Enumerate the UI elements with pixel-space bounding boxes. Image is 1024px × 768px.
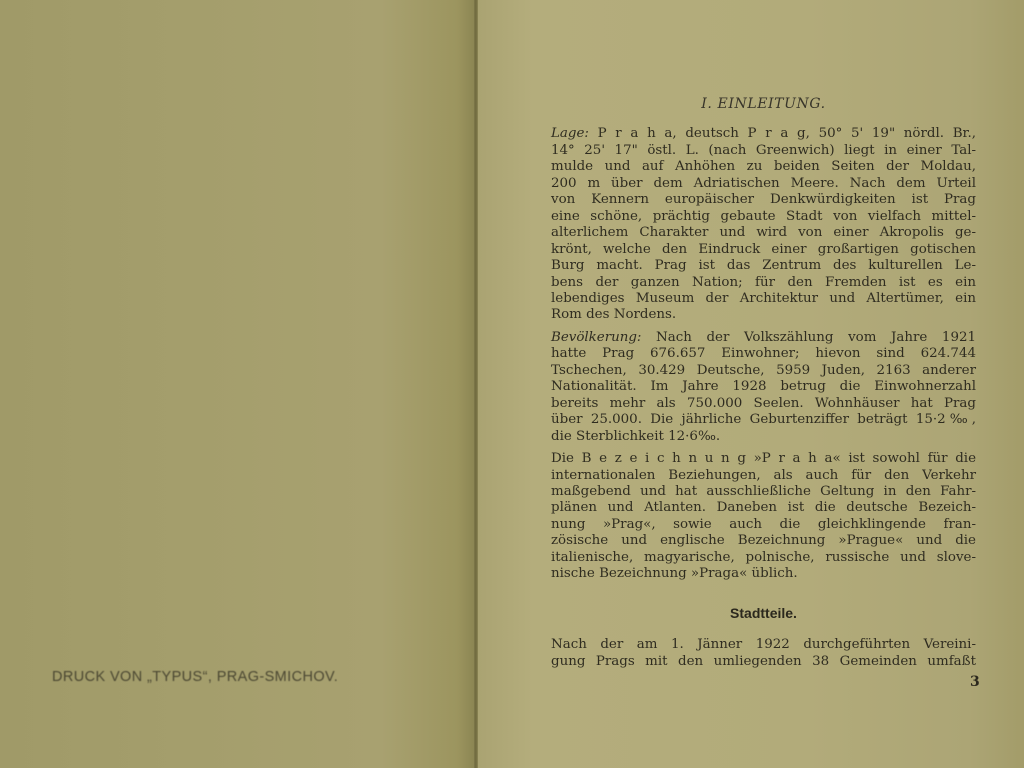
text-line: gung Prags mit den umliegenden 38 Gemein…	[551, 654, 976, 670]
text-line: plänen und Atlanten. Daneben ist die deu…	[551, 500, 976, 516]
paragraph: Bevölkerung: Nach der Volkszählung vom J…	[551, 330, 976, 445]
text-line: Bevölkerung: Nach der Volkszählung vom J…	[551, 330, 976, 346]
page-number: 3	[970, 674, 980, 690]
printer-imprint: DRUCK VON „TYPUS“, PRAG-SMICHOV.	[52, 669, 338, 685]
chapter-title: I. EINLEITUNG.	[551, 96, 976, 112]
text-line: 200 m über dem Adriatischen Meere. Nach …	[551, 176, 976, 192]
paragraph: Lage: P r a h a, deutsch P r a g, 50° 5'…	[551, 126, 976, 323]
text-line: nische Bezeichnung »Praga« üblich.	[551, 566, 976, 582]
text-line: die Sterblichkeit 12·6‰.	[551, 429, 976, 445]
text-line: zösische und englische Bezeichnung »Prag…	[551, 533, 976, 549]
text-line: Nationalität. Im Jahre 1928 betrug die E…	[551, 379, 976, 395]
paragraphs: Lage: P r a h a, deutsch P r a g, 50° 5'…	[551, 126, 976, 582]
text-line: 14° 25' 17" östl. L. (nach Greenwich) li…	[551, 143, 976, 159]
text-line: Tschechen, 30.429 Deutsche, 5959 Juden, …	[551, 363, 976, 379]
text-line: Die B e z e i c h n u n g »P r a h a« is…	[551, 451, 976, 467]
text-line: von Kennern europäischer Denkwürdigkeite…	[551, 192, 976, 208]
text-line: lebendiges Museum der Architektur und Al…	[551, 291, 976, 307]
paragraph-lead: Lage:	[551, 126, 589, 141]
text-line: über 25.000. Die jährliche Geburtenziffe…	[551, 412, 976, 428]
text-line: hatte Prag 676.657 Einwohner; hievon sin…	[551, 346, 976, 362]
text-line: italienische, magyarische, polnische, ru…	[551, 550, 976, 566]
text-line: Rom des Nordens.	[551, 307, 976, 323]
text-line: krönt, welche den Eindruck einer großart…	[551, 242, 976, 258]
paragraph-lead: Bevölkerung:	[551, 330, 641, 345]
section-title: Stadtteile.	[551, 605, 976, 621]
text-line: maßgebend und hat ausschließliche Geltun…	[551, 484, 976, 500]
text-line: internationalen Beziehungen, als auch fü…	[551, 468, 976, 484]
text-line: Burg macht. Prag ist das Zentrum des kul…	[551, 258, 976, 274]
text-line: bens der ganzen Nation; für den Fremden …	[551, 275, 976, 291]
text-line: Lage: P r a h a, deutsch P r a g, 50° 5'…	[551, 126, 976, 142]
text-line: eine schöne, prächtig gebaute Stadt von …	[551, 209, 976, 225]
text-line: bereits mehr als 750.000 Seelen. Wohnhäu…	[551, 396, 976, 412]
page-text: I. EINLEITUNG. Lage: P r a h a, deutsch …	[551, 96, 976, 676]
section-paragraph: Nach der am 1. Jänner 1922 durchgeführte…	[551, 637, 976, 670]
text-line: mulde und auf Anhöhen zu beiden Seiten d…	[551, 159, 976, 175]
text-line: alterlichem Charakter und wird von einer…	[551, 225, 976, 241]
text-line: nung »Prag«, sowie auch die gleichklinge…	[551, 517, 976, 533]
text-line: Nach der am 1. Jänner 1922 durchgeführte…	[551, 637, 976, 653]
left-page: DRUCK VON „TYPUS“, PRAG-SMICHOV.	[0, 0, 476, 768]
paragraph: Die B e z e i c h n u n g »P r a h a« is…	[551, 451, 976, 583]
